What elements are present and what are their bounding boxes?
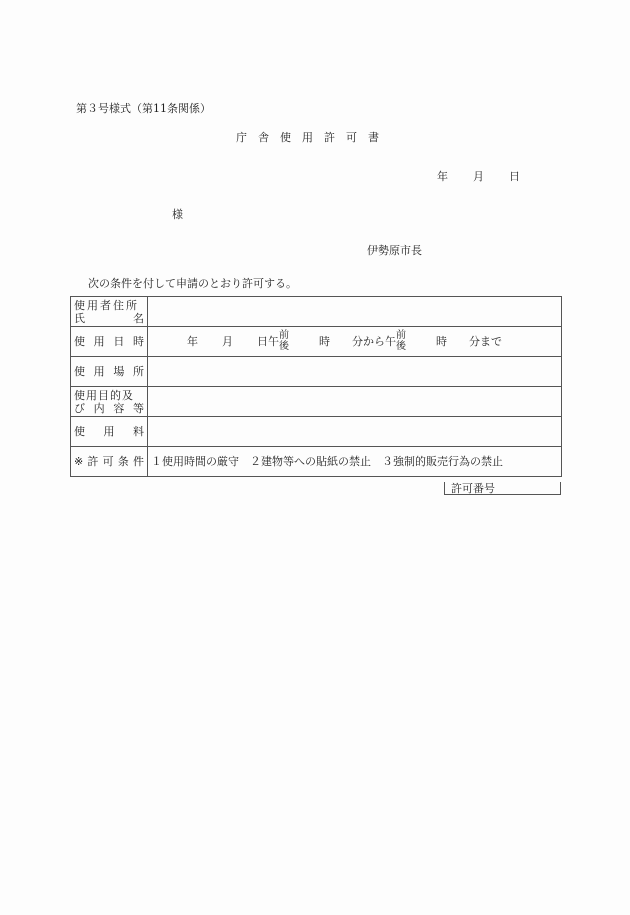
value-datetime[interactable]: 年 月 日午 前後 時 分から午 前後 時 分まで xyxy=(148,327,562,357)
value-purpose[interactable] xyxy=(148,387,562,417)
issue-date: 年月日 xyxy=(437,168,520,184)
table-row-fee: 使用料 xyxy=(71,417,562,447)
permit-number-box[interactable]: 許可番号 xyxy=(444,482,561,495)
issuer-name: 伊勢原市長 xyxy=(367,242,422,258)
table-row-datetime: 使用日時 年 月 日午 前後 時 分から午 前後 時 分まで xyxy=(71,327,562,357)
label-fee: 使用料 xyxy=(71,417,148,447)
label-user: 使用者住所 氏名 xyxy=(71,297,148,327)
table-row-conditions: ※許可条件 １使用時間の厳守 ２建物等への貼紙の禁止 ３強制的販売行為の禁止 xyxy=(71,447,562,477)
value-fee[interactable] xyxy=(148,417,562,447)
table-row-user: 使用者住所 氏名 xyxy=(71,297,562,327)
label-conditions: ※許可条件 xyxy=(71,447,148,477)
intro-text: 次の条件を付して申請のとおり許可する。 xyxy=(88,275,297,291)
label-purpose: 使用目的及 び内容等 xyxy=(71,387,148,417)
permit-table: 使用者住所 氏名 使用日時 年 月 日午 前後 時 分から午 前後 時 分まで xyxy=(70,296,562,477)
date-day: 日 xyxy=(509,168,520,184)
table-row-location: 使用場所 xyxy=(71,357,562,387)
value-conditions: １使用時間の厳守 ２建物等への貼紙の禁止 ３強制的販売行為の禁止 xyxy=(148,447,562,477)
form-reference: 第３号様式（第11条関係） xyxy=(76,100,211,116)
value-location[interactable] xyxy=(148,357,562,387)
label-datetime: 使用日時 xyxy=(71,327,148,357)
recipient-suffix: 様 xyxy=(172,206,183,222)
label-location: 使用場所 xyxy=(71,357,148,387)
document-title: 庁舎使用許可書 xyxy=(236,129,390,145)
date-year: 年 xyxy=(437,168,448,184)
value-user[interactable] xyxy=(148,297,562,327)
date-month: 月 xyxy=(473,168,484,184)
table-row-purpose: 使用目的及 び内容等 xyxy=(71,387,562,417)
